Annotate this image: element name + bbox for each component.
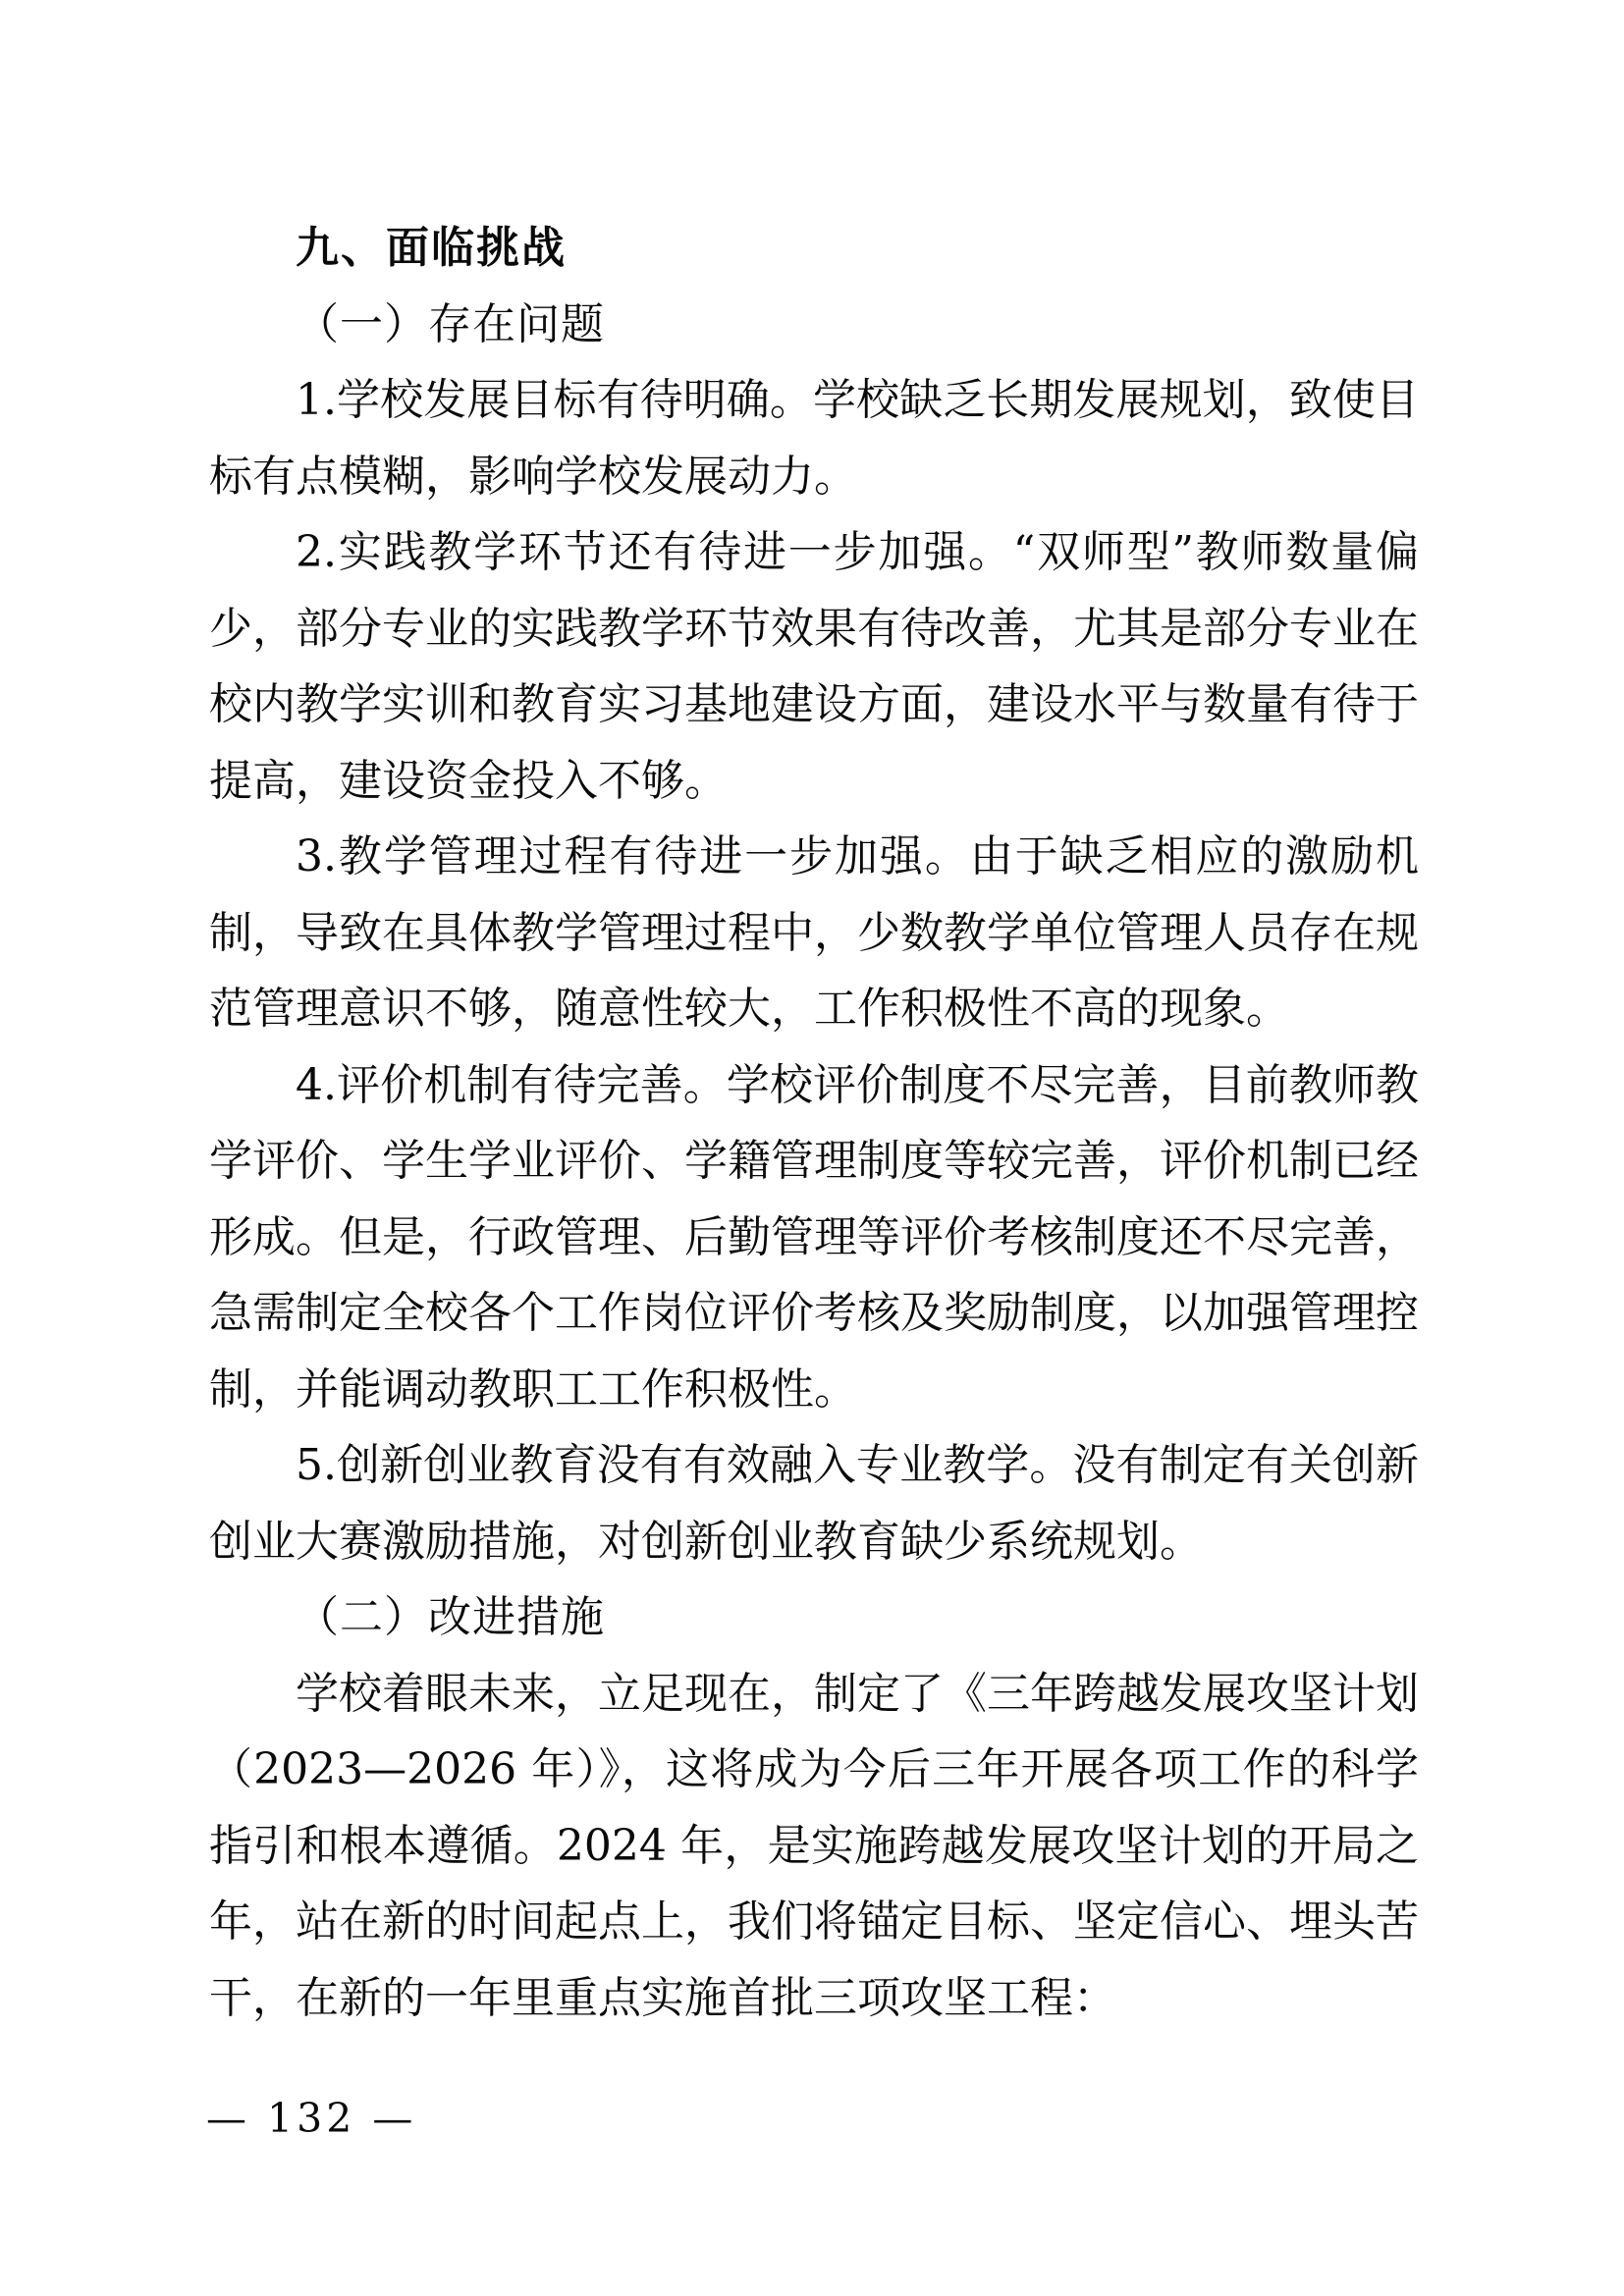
section-heading: 九、面临挑战: [209, 210, 1419, 287]
document-body: 九、面临挑战 （一）存在问题 1.学校发展目标有待明确。学校缺乏长期发展规划，致…: [209, 210, 1419, 2036]
paragraph-problem-4: 4.评价机制有待完善。学校评价制度不尽完善，目前教师教学评价、学生学业评价、学籍…: [209, 1047, 1419, 1428]
paragraph-problem-3: 3.教学管理过程有待进一步加强。由于缺乏相应的激励机制，导致在具体教学管理过程中…: [209, 819, 1419, 1047]
subsection-heading-problems: （一）存在问题: [209, 287, 1419, 363]
subsection-heading-measures: （二）改进措施: [209, 1579, 1419, 1656]
paragraph-problem-5: 5.创新创业教育没有有效融入专业教学。没有制定有关创新创业大赛激励措施，对创新创…: [209, 1427, 1419, 1579]
paragraph-problem-2: 2.实践教学环节还有待进一步加强。“双师型”教师数量偏少，部分专业的实践教学环节…: [209, 514, 1419, 819]
paragraph-problem-1: 1.学校发展目标有待明确。学校缺乏长期发展规划，致使目标有点模糊，影响学校发展动…: [209, 362, 1419, 514]
page-number: — 132 —: [206, 2095, 416, 2142]
document-page: 九、面临挑战 （一）存在问题 1.学校发展目标有待明确。学校缺乏长期发展规划，致…: [0, 0, 1624, 2296]
paragraph-measures: 学校着眼未来，立足现在，制定了《三年跨越发展攻坚计划（2023—2026 年）》…: [209, 1656, 1419, 2037]
